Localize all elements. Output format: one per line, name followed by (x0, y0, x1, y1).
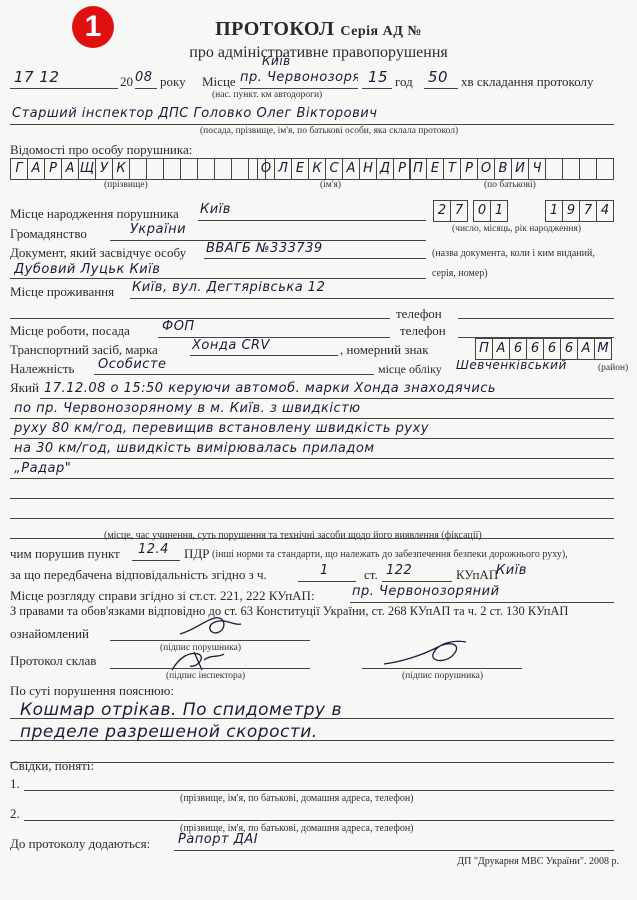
violator-sig2-line[interactable] (362, 668, 522, 669)
offense-text: руху 80 км/год, перевищив встановлену шв… (14, 421, 610, 436)
liability-label: за що передбачена відповідальність згідн… (10, 567, 267, 583)
registration-value[interactable]: Шевченківський (456, 358, 596, 372)
surname-hint: (прізвище) (104, 180, 148, 190)
minute-value[interactable]: 50 (428, 68, 456, 86)
char-box[interactable]: Р (460, 158, 478, 180)
document-line2 (10, 278, 426, 279)
residence-label: Місце проживання (10, 284, 114, 300)
witness-2-num: 2. (10, 806, 20, 822)
explanation-text: пределе разрешеной скорости. (20, 722, 610, 742)
witness-1-line[interactable] (24, 790, 614, 791)
birth-month-boxes[interactable]: 01 (474, 200, 508, 220)
work-label: Місце роботи, посада (10, 323, 130, 339)
offense-line (10, 478, 614, 479)
char-box[interactable]: 6 (543, 338, 561, 360)
char-box[interactable] (231, 158, 249, 180)
char-box[interactable]: 1 (545, 200, 563, 222)
char-box[interactable]: Н (359, 158, 377, 180)
char-box[interactable]: 4 (596, 200, 614, 222)
hour-value[interactable]: 15 (368, 68, 392, 86)
birth-year-boxes[interactable]: 1974 (546, 200, 614, 220)
residence-line (130, 298, 614, 299)
offense-line (10, 498, 614, 499)
offense-text: на 30 км/год, швидкість вимірювалась при… (14, 441, 610, 456)
minute-label: хв складання протоколу (461, 74, 594, 90)
document-line2-value[interactable]: Дубовий Луцьк Київ (14, 262, 414, 277)
witnesses-label: Свідки, поняті: (10, 758, 94, 774)
char-box[interactable]: 6 (560, 338, 578, 360)
document-hint: (назва документа, коли і ким виданий, (432, 248, 595, 259)
place-line (240, 88, 358, 89)
char-box[interactable]: 7 (450, 200, 468, 222)
offense-line (10, 438, 614, 439)
offense-line (40, 398, 614, 399)
residence-value[interactable]: Київ, вул. Дегтярівська 12 (132, 280, 612, 295)
offense-line (10, 518, 614, 519)
article-label: ст. (364, 567, 378, 583)
vehicle-brand-value[interactable]: Хонда CRV (192, 338, 332, 353)
violator-sig-hint2: (підпис порушника) (402, 671, 483, 681)
char-box[interactable] (129, 158, 147, 180)
birthdate-hint: (число, місяць, рік народження) (452, 224, 581, 234)
year-line (135, 88, 157, 89)
date-day-month[interactable]: 17 12 (14, 68, 114, 86)
char-box[interactable]: В (494, 158, 512, 180)
char-box[interactable]: Т (443, 158, 461, 180)
vehicle-brand-label: Транспортний засіб, марка (10, 342, 158, 358)
document-label: Документ, який засвідчує особу (10, 245, 186, 261)
plate-boxes[interactable]: ПА6666АМ (476, 338, 612, 358)
liability-part-value[interactable]: 1 (320, 563, 350, 578)
violator-signature-icon (175, 612, 245, 640)
patronymic-boxes[interactable]: ПЕТРОВИЧ (410, 158, 614, 178)
char-box[interactable]: 1 (490, 200, 508, 222)
phone-line[interactable] (458, 318, 614, 319)
officer-hint: (посада, прізвище, ім'я, по батькові осо… (200, 126, 458, 136)
attachments-value[interactable]: Рапорт ДАІ (178, 832, 378, 847)
hour-line (362, 88, 392, 89)
name-boxes[interactable]: ОЛЕКСАНДР (258, 158, 411, 178)
char-box[interactable]: О (257, 158, 275, 180)
series-label: Серія АД № (340, 24, 422, 39)
char-box[interactable] (146, 158, 164, 180)
name-hint: (ім'я) (320, 180, 341, 190)
attachments-label: До протоколу додаються: (10, 836, 150, 852)
officer-line (10, 124, 614, 125)
char-box[interactable] (180, 158, 198, 180)
place-above: Київ (262, 54, 322, 68)
birthplace-label: Місце народження порушника (10, 206, 179, 222)
char-box[interactable]: Л (274, 158, 292, 180)
explanation-line (10, 762, 614, 763)
plate-label: , номерний знак (340, 342, 429, 358)
offense-hint: (місце, час учинення, суть порушення та … (104, 530, 482, 541)
pdr-label: ПДР (184, 546, 210, 562)
char-box[interactable]: А (61, 158, 79, 180)
char-box[interactable]: А (492, 338, 510, 360)
violated-point-value[interactable]: 12.4 (138, 542, 174, 557)
venue-line (350, 602, 614, 603)
explanation-label: По суті порушення пояснюю: (10, 683, 174, 699)
char-box[interactable]: 7 (579, 200, 597, 222)
char-box[interactable]: 6 (509, 338, 527, 360)
venue-value[interactable]: пр. Червонозоряний (352, 584, 552, 599)
violated-point-label: чим порушив пункт (10, 546, 120, 562)
owner-value[interactable]: Особисте (98, 357, 358, 372)
char-box[interactable]: Ч (528, 158, 546, 180)
char-box[interactable]: П (475, 338, 493, 360)
char-box[interactable]: А (577, 338, 595, 360)
year-suffix[interactable]: 08 (135, 70, 157, 85)
date-line (10, 88, 118, 89)
char-box[interactable]: П (409, 158, 427, 180)
patronymic-hint: (по батькові) (484, 180, 536, 190)
char-box[interactable] (214, 158, 232, 180)
composed-label: Протокол склав (10, 653, 96, 669)
pdr-hint: (інші норми та стандарти, що належать до… (212, 549, 568, 560)
place-label: Місце (202, 74, 236, 90)
citizenship-value[interactable]: України (130, 222, 330, 237)
char-box[interactable]: М (594, 338, 612, 360)
inspector-sig-hint: (підпис інспектора) (166, 671, 245, 681)
document-hint2: серія, номер) (432, 268, 488, 279)
offense-line (10, 458, 614, 459)
offense-text: „Радар" (14, 461, 610, 476)
char-box[interactable]: К (112, 158, 130, 180)
char-box[interactable]: О (477, 158, 495, 180)
document-line (204, 258, 426, 259)
inspector-sig-line[interactable] (110, 668, 310, 669)
officer-value[interactable]: Старший інспектор ДПС Головко Олег Вікто… (12, 106, 612, 121)
violator-section-label: Відомості про особу порушника: (10, 142, 192, 158)
char-box[interactable]: А (342, 158, 360, 180)
witness-1-num: 1. (10, 776, 20, 792)
char-box[interactable] (545, 158, 563, 180)
char-box[interactable]: Е (291, 158, 309, 180)
char-box[interactable]: А (27, 158, 45, 180)
code-label: КУпАП (456, 567, 498, 583)
char-box[interactable]: С (325, 158, 343, 180)
char-box[interactable]: Е (426, 158, 444, 180)
owner-line (94, 374, 374, 375)
work-value[interactable]: ФОП (162, 319, 362, 334)
owner-label: Належність (10, 361, 74, 377)
char-box[interactable] (562, 158, 580, 180)
char-box[interactable] (163, 158, 181, 180)
offense-line (10, 418, 614, 419)
char-box[interactable]: У (95, 158, 113, 180)
char-box[interactable]: Р (44, 158, 62, 180)
year-prefix: 20 (120, 74, 133, 90)
explanation-text: Кошмар отрікав. По спидометру в (20, 700, 610, 720)
violated-point-line (132, 560, 180, 561)
acquainted-label: ознайомлений (10, 626, 89, 642)
char-box[interactable]: И (511, 158, 529, 180)
birthplace-value[interactable]: Київ (200, 202, 420, 217)
venue-label: Місце розгляду справи згідно зі ст.ст. 2… (10, 588, 315, 604)
char-box[interactable]: Щ (78, 158, 96, 180)
title-text: ПРОТОКОЛ (215, 18, 334, 40)
vehicle-brand-line (190, 355, 338, 356)
registration-hint: (район) (598, 363, 628, 373)
printer-footer: ДП "Друкарня МВС України". 2008 р. (457, 856, 619, 867)
work-phone-label: телефон (400, 323, 446, 339)
document-title: ПРОТОКОЛСерія АД № (0, 18, 637, 41)
char-box[interactable] (197, 158, 215, 180)
acquainted-sig-line[interactable] (110, 640, 310, 641)
birth-day-boxes[interactable]: 27 (434, 200, 468, 220)
document-value[interactable]: ВВАГБ №333739 (206, 241, 416, 256)
offense-label: Який (10, 380, 39, 396)
char-box[interactable] (579, 158, 597, 180)
char-box[interactable]: Д (376, 158, 394, 180)
offense-text: 17.12.08 о 15:50 керуючи автомоб. марки … (44, 381, 637, 396)
citizenship-label: Громадянство (10, 226, 87, 242)
char-box[interactable]: 2 (433, 200, 451, 222)
birthplace-line (198, 220, 426, 221)
char-box[interactable]: К (308, 158, 326, 180)
article-line (382, 581, 452, 582)
violator-signature2-icon (380, 636, 470, 670)
code-extra-value[interactable]: Київ (496, 563, 556, 578)
witness-2-line[interactable] (24, 820, 614, 821)
place-hint: (нас. пункт. км автодороги) (212, 90, 322, 100)
surname-boxes[interactable]: ГАРАЩУК (11, 158, 266, 178)
liability-part-line (298, 581, 356, 582)
year-label: року (160, 74, 186, 90)
char-box[interactable] (596, 158, 614, 180)
inspector-signature-icon (168, 646, 228, 674)
char-box[interactable]: 0 (473, 200, 491, 222)
witness-1-hint: (прізвище, ім'я, по батькові, домашня ад… (180, 793, 414, 804)
place-value[interactable]: пр. Червонозоряний (240, 70, 358, 85)
article-value[interactable]: 122 (386, 563, 430, 578)
registration-label: місце обліку (378, 362, 442, 377)
char-box[interactable]: 6 (526, 338, 544, 360)
offense-text: по пр. Червонозоряному в м. Київ. з швид… (14, 401, 610, 416)
attachments-line (174, 850, 614, 851)
hour-label: год (395, 74, 413, 90)
char-box[interactable]: Г (10, 158, 28, 180)
minute-line (424, 88, 458, 89)
phone-label: телефон (396, 306, 442, 322)
char-box[interactable]: 9 (562, 200, 580, 222)
rights-text: З правами та обов'язками відповідно до с… (10, 604, 568, 619)
